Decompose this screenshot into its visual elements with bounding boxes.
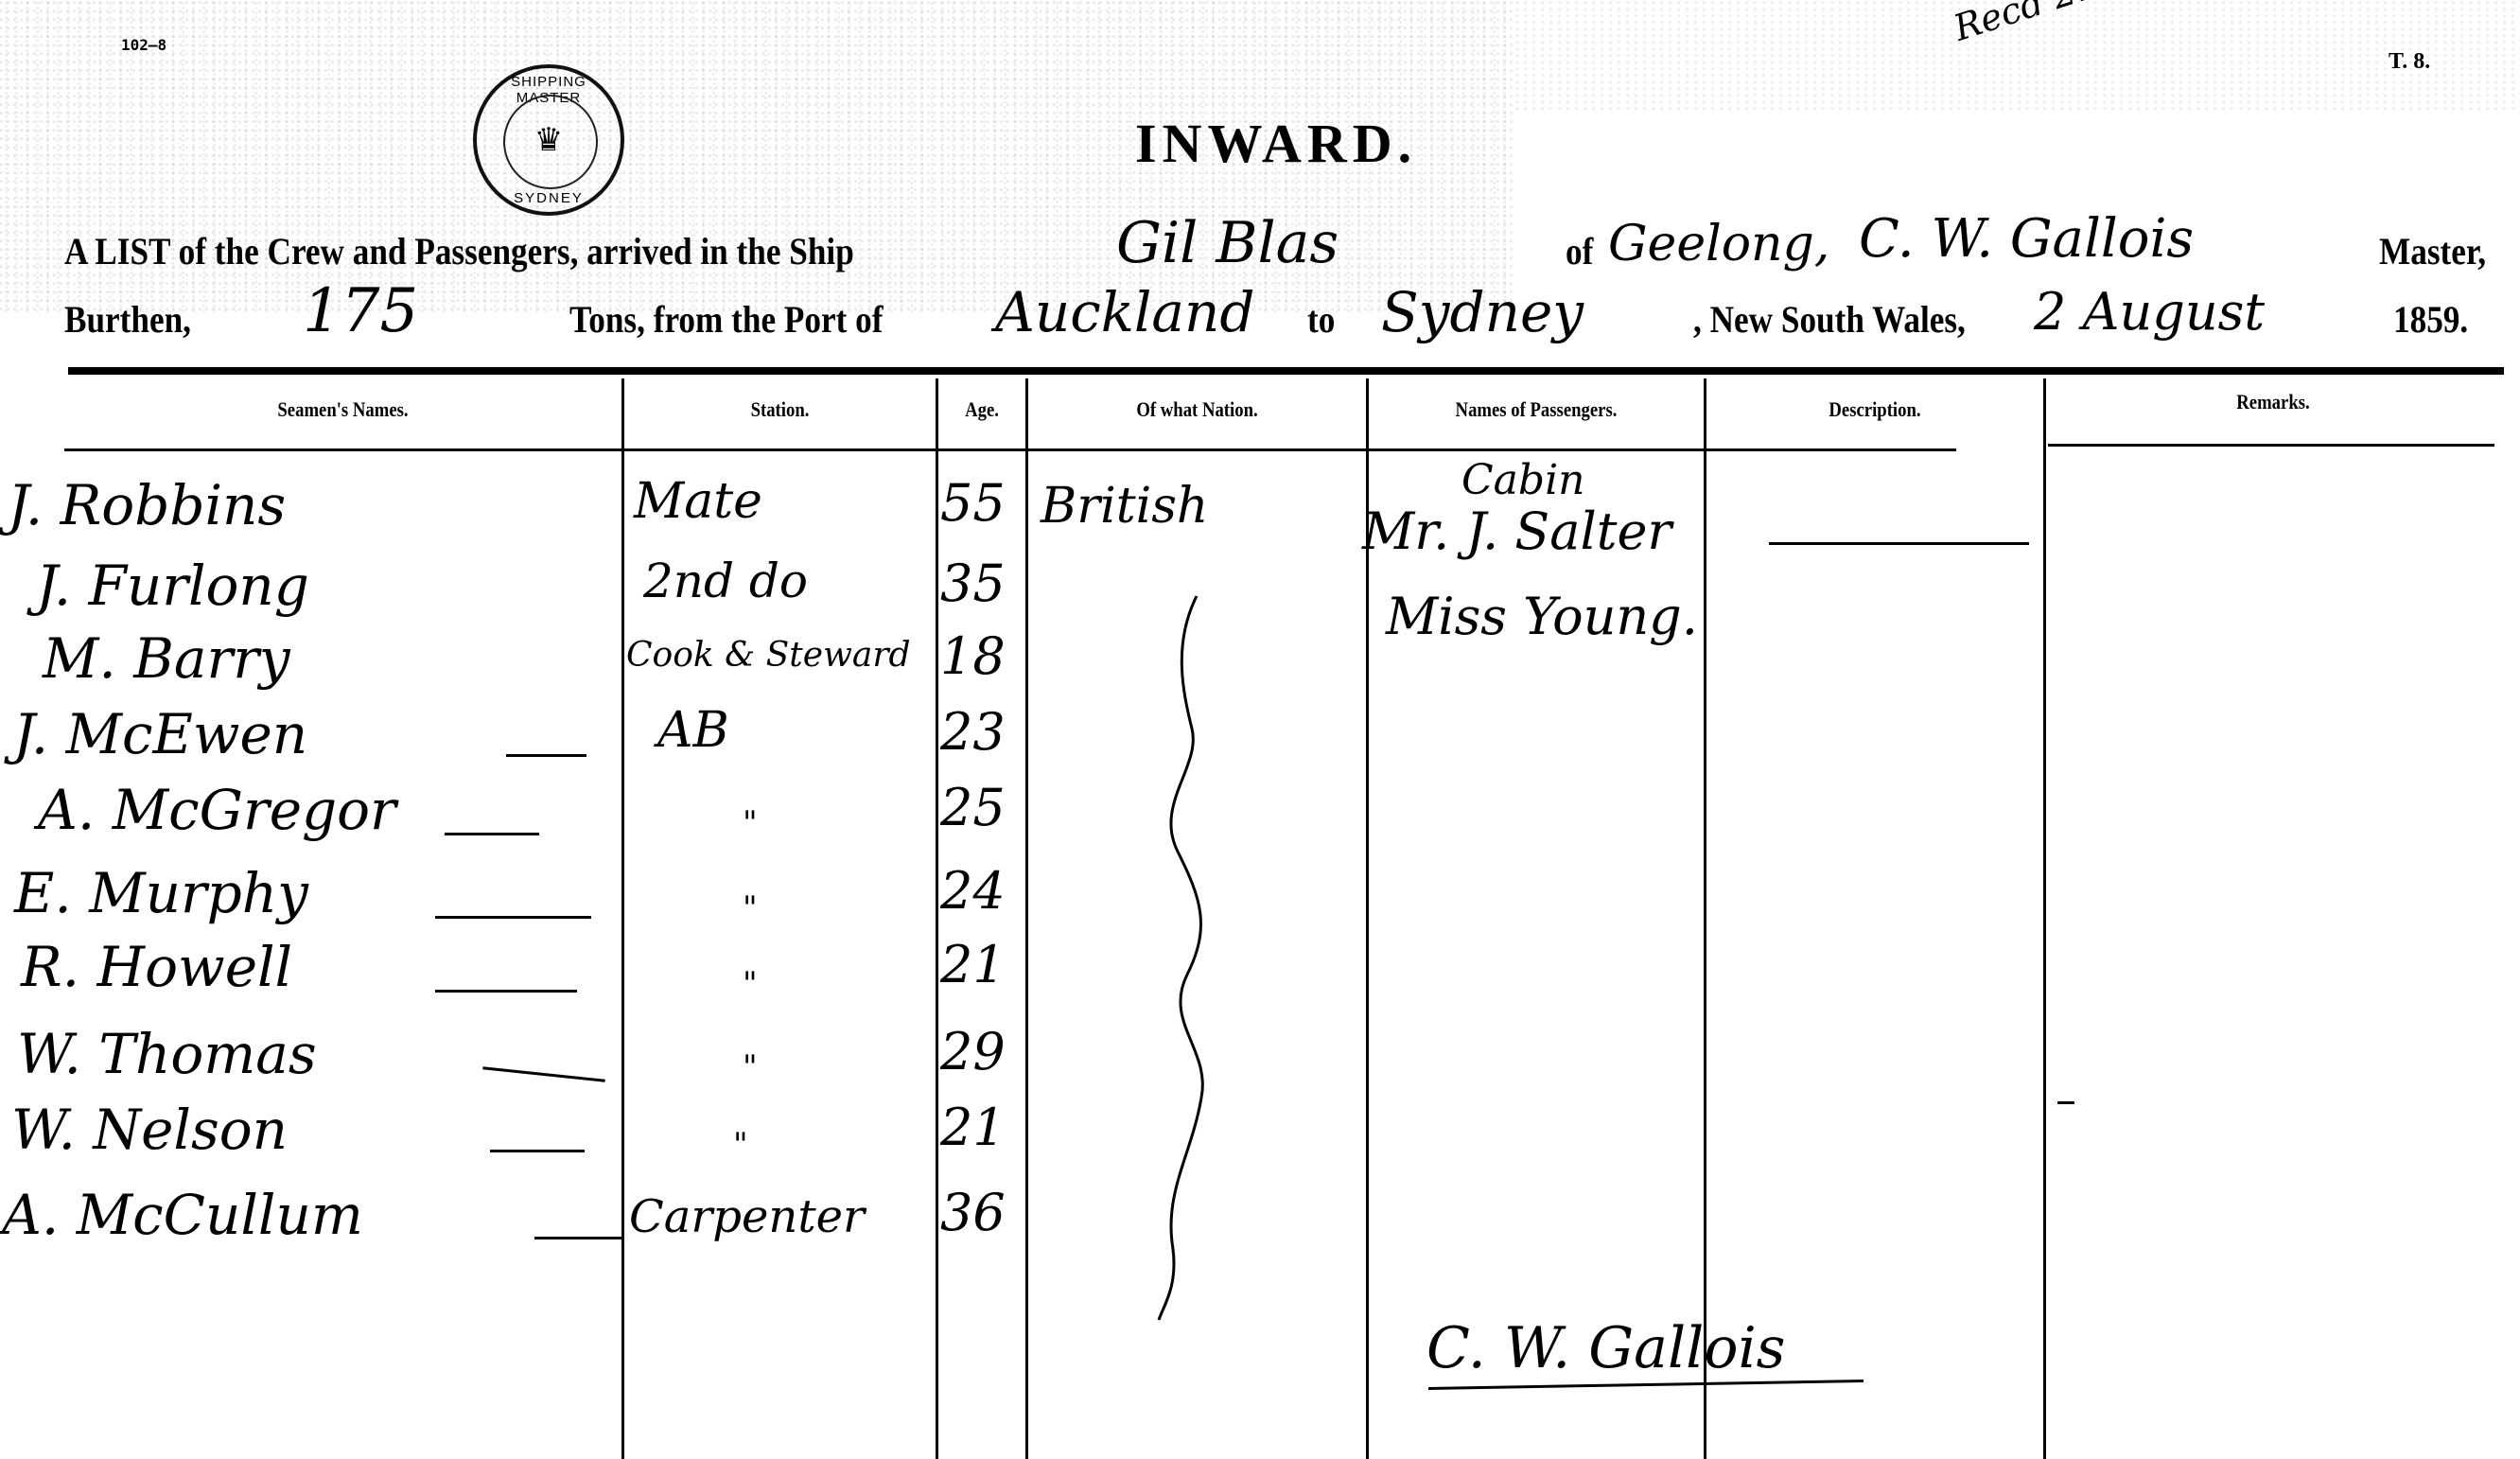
- master-signature: C. W. Gallois: [1426, 1315, 1785, 1381]
- master-name: C. W. Gallois: [1859, 208, 2194, 270]
- crew-name: A. McCullum: [2, 1183, 363, 1247]
- crew-name: J. McEwen: [13, 702, 307, 766]
- ditto-mark: ": [733, 1126, 748, 1164]
- dash-mark: [506, 754, 586, 757]
- column-divider: [1704, 378, 1706, 1459]
- column-divider: [936, 378, 938, 1459]
- col-header-remarks: Remarks.: [2080, 390, 2466, 414]
- col-header-seamen: Seamen's Names.: [106, 397, 580, 422]
- crew-station: 2nd do: [643, 554, 808, 608]
- ditto-wave-line: [1135, 587, 1249, 1325]
- to-port: Sydney: [1381, 280, 1584, 344]
- passenger-name: Mr. J. Salter: [1362, 501, 1671, 561]
- crew-name: R. Howell: [21, 935, 292, 999]
- crew-age: 21: [940, 1098, 1006, 1157]
- crew-age: 29: [940, 1022, 1006, 1081]
- dash-mark: [534, 1237, 624, 1239]
- stamp-bottom-text: SYDNEY: [477, 190, 621, 206]
- crew-age: 55: [940, 473, 1006, 533]
- tons-label: Tons, from the Port of: [569, 297, 883, 342]
- crew-age: 21: [940, 935, 1006, 994]
- crew-age: 23: [940, 702, 1006, 762]
- crew-age: 36: [940, 1183, 1006, 1242]
- dash-mark: [2057, 1101, 2074, 1104]
- dash-mark: [435, 916, 591, 919]
- nation-value: British: [1041, 478, 1208, 535]
- from-port: Auckland: [995, 280, 1254, 344]
- column-header-rule: [2048, 444, 2494, 447]
- home-port: Geelong,: [1608, 216, 1829, 272]
- dash-mark: [445, 833, 539, 835]
- crew-age: 25: [940, 778, 1006, 837]
- ditto-mark: ": [743, 1048, 758, 1086]
- to-label: to: [1307, 297, 1335, 342]
- crew-station: AB: [657, 702, 729, 759]
- crew-age: 18: [940, 626, 1006, 686]
- column-divider: [1025, 378, 1028, 1459]
- column-divider: [2043, 378, 2046, 1459]
- crew-age: 35: [940, 554, 1006, 613]
- column-header-rule: [64, 448, 1956, 451]
- dash-mark: [490, 1150, 585, 1152]
- crew-name: E. Murphy: [14, 861, 308, 925]
- dash-mark: [435, 990, 577, 993]
- column-divider: [621, 378, 624, 1459]
- crew-name: M. Barry: [43, 626, 290, 691]
- col-header-description: Description.: [1732, 397, 2019, 422]
- crew-station: Mate: [634, 473, 762, 530]
- tons-value: 175: [303, 276, 418, 346]
- crew-name: W. Thomas: [17, 1022, 317, 1086]
- crew-name: J. Furlong: [36, 554, 309, 618]
- ditto-mark: ": [743, 965, 758, 1003]
- arrival-date: 2 August: [2034, 282, 2265, 342]
- col-header-passengers: Names of Passengers.: [1394, 397, 1679, 422]
- arrival-year: 1859.: [2393, 297, 2468, 342]
- crew-name: W. Nelson: [11, 1098, 288, 1162]
- master-label: Master,: [2379, 229, 2486, 273]
- crew-age: 24: [940, 861, 1006, 921]
- dash-mark: [1769, 542, 2029, 545]
- crown-icon: ♛: [477, 121, 621, 159]
- page-title: INWARD.: [1135, 112, 1417, 175]
- margin-note: Recd 2nd Aug: [1949, 0, 2204, 49]
- heading-prefix: A LIST of the Crew and Passengers, arriv…: [64, 229, 854, 273]
- ship-name: Gil Blas: [1116, 210, 1339, 276]
- crew-name: J. Robbins: [8, 473, 286, 537]
- crew-station: Carpenter: [629, 1190, 865, 1243]
- crew-station: Cook & Steward: [626, 636, 911, 675]
- dash-mark: [482, 1066, 605, 1082]
- shipping-master-stamp: SHIPPING MASTER ♛ SYDNEY: [473, 64, 624, 216]
- passenger-name: Miss Young.: [1386, 587, 1698, 646]
- crew-name: A. McGregor: [38, 778, 396, 842]
- col-header-nation: Of what Nation.: [1054, 397, 1340, 422]
- form-code: T. 8.: [2389, 49, 2430, 75]
- header-rule: [68, 367, 2504, 375]
- state-label: , New South Wales,: [1693, 297, 1966, 342]
- burthen-label: Burthen,: [64, 297, 191, 342]
- form-number: 102—8: [121, 36, 166, 54]
- ditto-mark: ": [743, 889, 758, 927]
- ditto-mark: ": [743, 804, 758, 842]
- col-header-age: Age.: [945, 397, 1019, 422]
- col-header-station: Station.: [648, 397, 913, 422]
- of-label: of: [1566, 229, 1593, 273]
- passenger-class-label: Cabin: [1461, 456, 1584, 504]
